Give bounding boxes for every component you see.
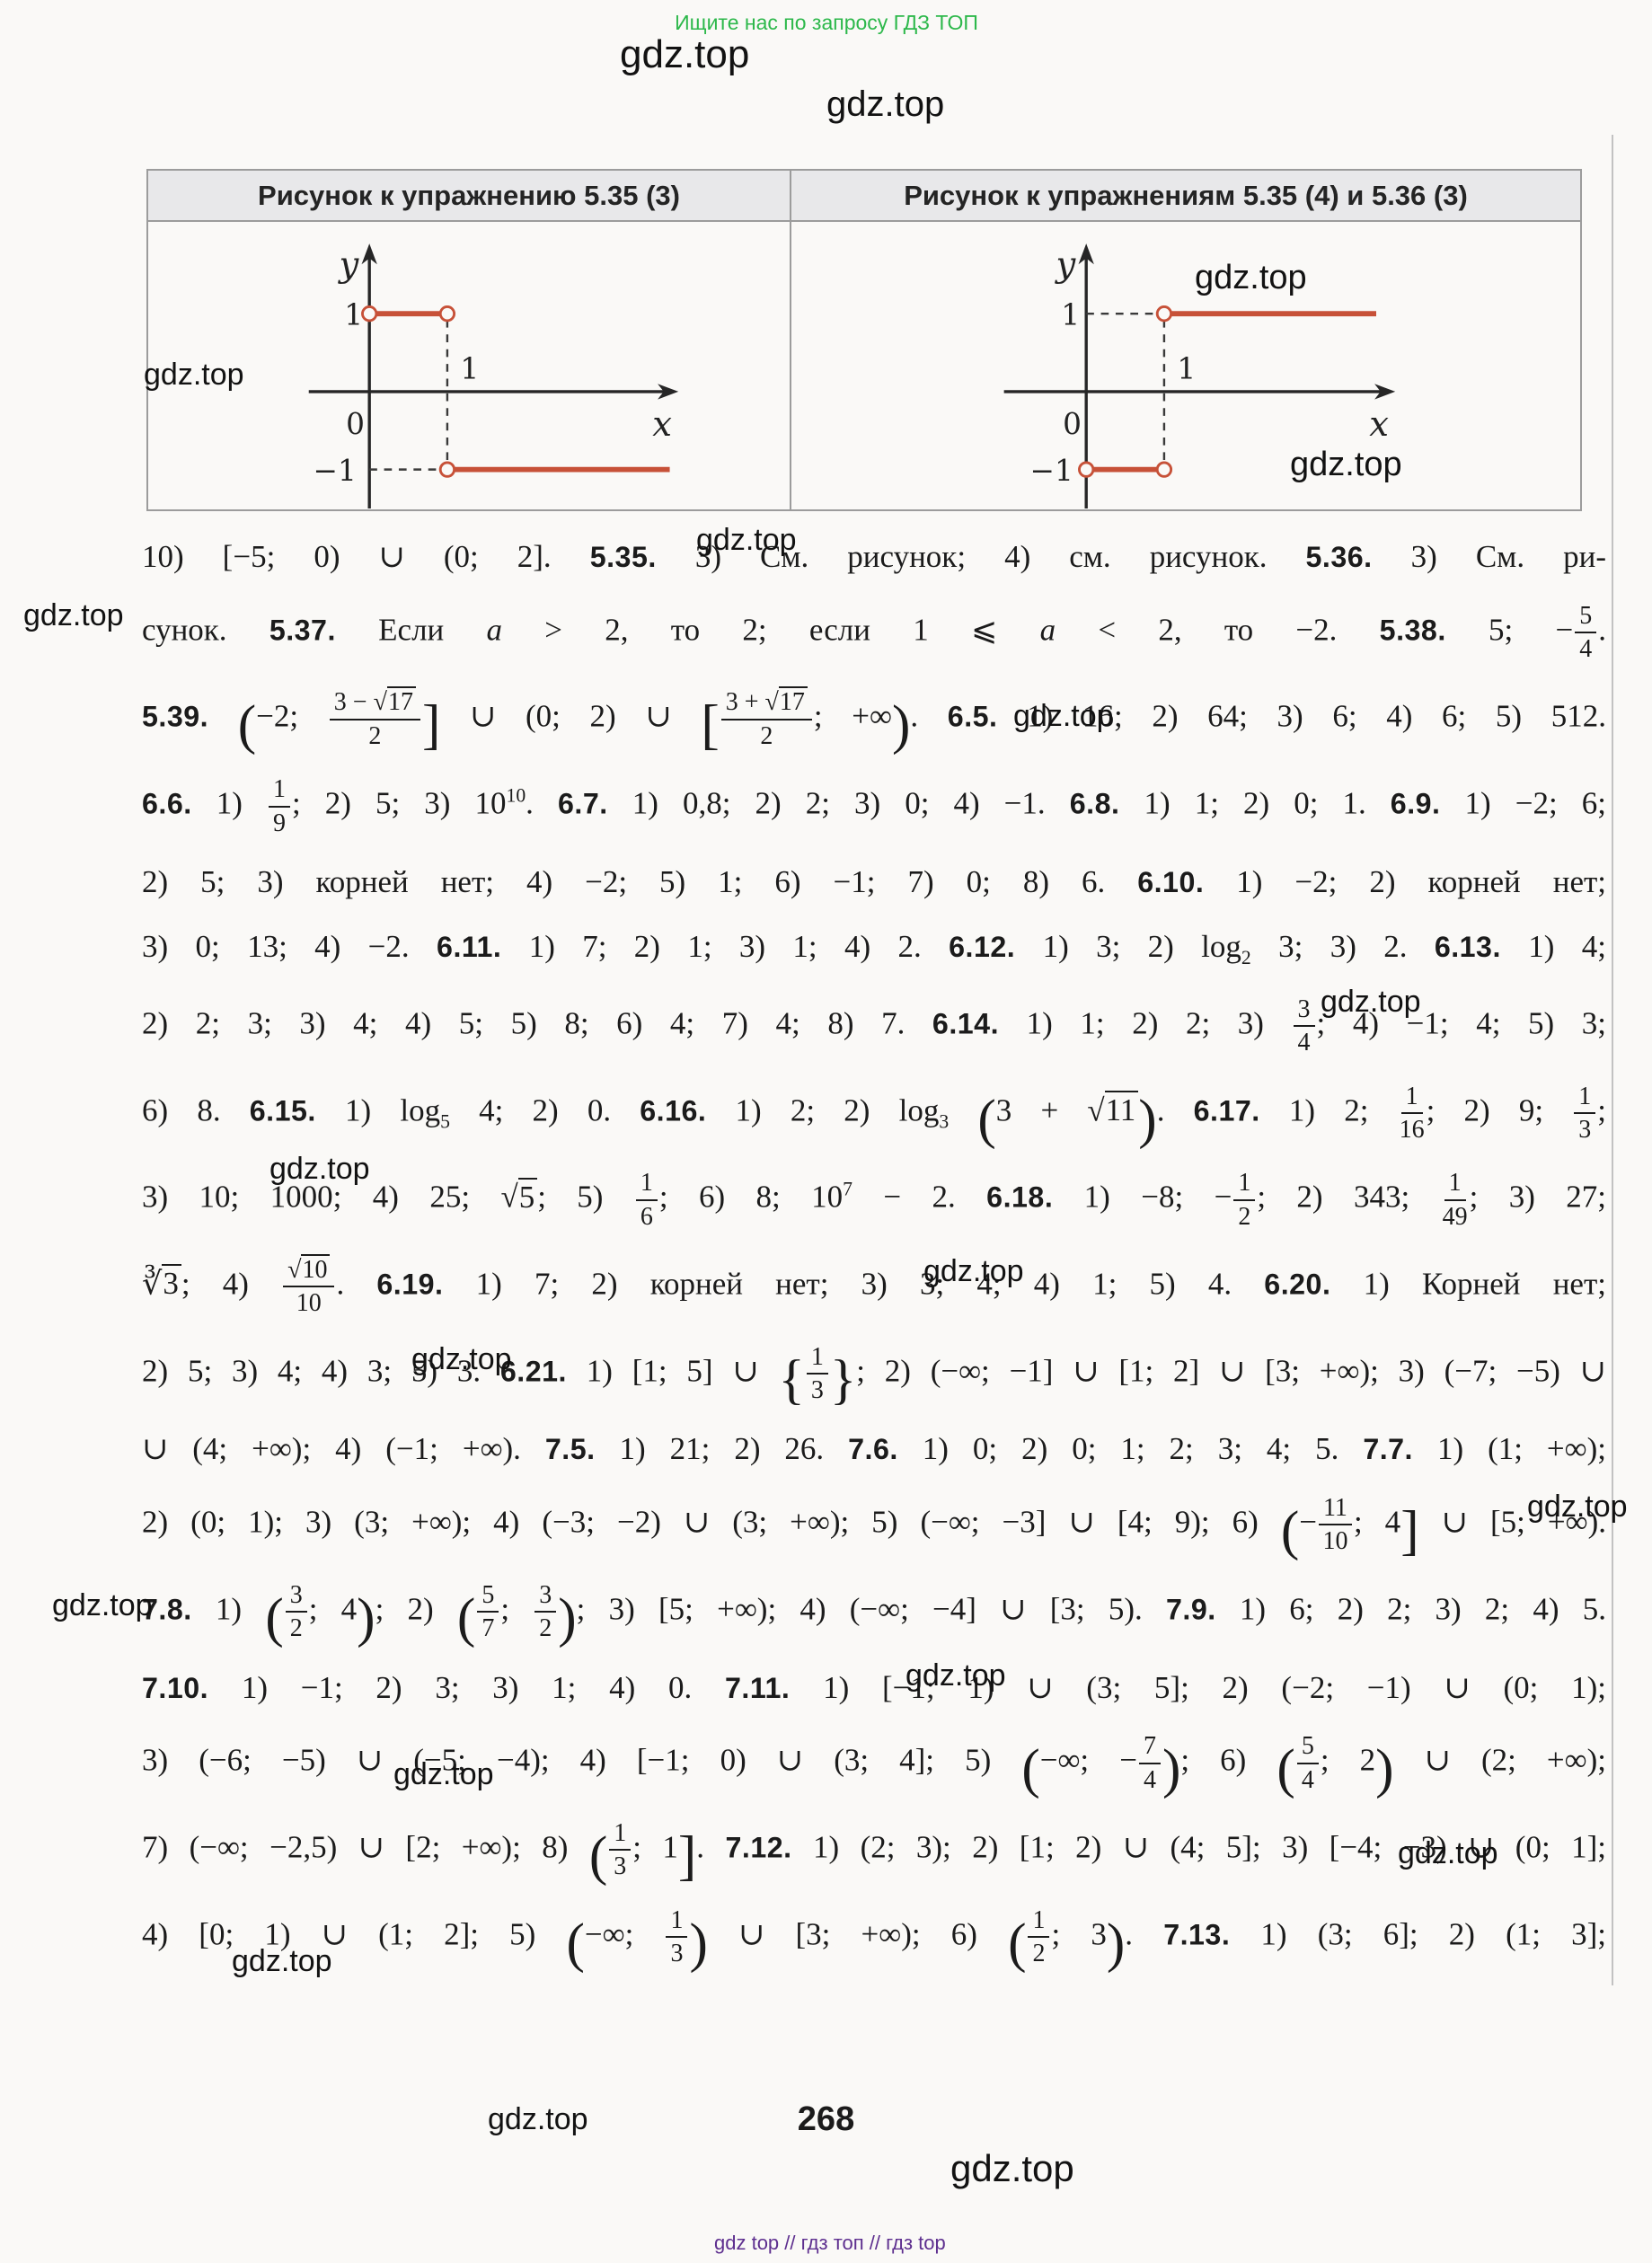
right-graph-y-label: y xyxy=(1054,245,1076,286)
answer-line: 4) [0; 1) ∪ (1; 2]; 5) (−∞; 13) ∪ [3; +∞… xyxy=(142,1906,1606,1968)
left-graph-origin: 0 xyxy=(346,407,365,441)
gdz-watermark: gdz.top xyxy=(23,598,124,633)
right-graph-ytick-neg1: −1 xyxy=(1030,454,1073,488)
gdz-watermark: gdz.top xyxy=(144,358,244,393)
answer-line: сунок. 5.37. Если a > 2, то 2; если 1 ⩽ … xyxy=(142,602,1606,664)
left-graph-svg: y x 0 1 1 −1 xyxy=(217,223,720,508)
answer-line: 10) [−5; 0) ∪ (0; 2]. 5.35. 3) См. рисун… xyxy=(142,537,1606,577)
left-graph-xtick-1: 1 xyxy=(460,351,479,385)
answer-line: 6) 8. 6.15. 1) log5 4; 2) 0. 6.16. 1) 2;… xyxy=(142,1083,1606,1145)
answer-line: 3) 0; 13; 4) −2. 6.11. 1) 7; 2) 1; 3) 1;… xyxy=(142,927,1606,970)
gdz-watermark: gdz.top xyxy=(906,1658,1006,1693)
gdz-watermark: gdz.top xyxy=(1013,699,1114,734)
gdz-watermark: gdz.top xyxy=(1398,1836,1498,1871)
answers-text-block: 10) [−5; 0) ∪ (0; 2]. 5.35. 3) См. рисун… xyxy=(142,537,1606,1993)
gdz-watermark: gdz.top xyxy=(620,32,749,77)
gdz-watermark: gdz.top xyxy=(393,1757,494,1792)
gdz-watermark: gdz.top xyxy=(1195,259,1307,297)
right-graph-ytick-1: 1 xyxy=(1061,298,1080,332)
figure-table-header-left: Рисунок к упражнению 5.35 (3) xyxy=(148,171,791,222)
left-graph-axis-arrows xyxy=(362,243,679,399)
left-graph-x-label: x xyxy=(652,404,672,445)
gdz-watermark: gdz.top xyxy=(950,2147,1074,2190)
gdz-watermark: gdz.top xyxy=(232,1944,332,1979)
gdz-watermark: gdz.top xyxy=(1290,446,1402,484)
answer-line: 6.6. 1) 19; 2) 5; 3) 1010. 6.7. 1) 0,8; … xyxy=(142,775,1606,837)
footer-watermark-text: gdz top // гдз топ // гдз top xyxy=(714,2232,946,2255)
gdz-watermark: gdz.top xyxy=(696,523,797,558)
figure-table-header-right: Рисунок к упражнениям 5.35 (4) и 5.36 (3… xyxy=(791,171,1580,222)
figure-cell-left: y x 0 1 1 −1 xyxy=(148,222,791,509)
answer-line: ∪ (4; +∞); 4) (−1; +∞). 7.5. 1) 21; 2) 2… xyxy=(142,1429,1606,1469)
answer-line: 3) (−6; −5) ∪ (−5; −4); 4) [−1; 0) ∪ (3;… xyxy=(142,1732,1606,1794)
answer-line: 5.39. (−2; 3 − √172] ∪ (0; 2) ∪ [3 + √17… xyxy=(142,688,1606,750)
left-graph-y-label: y xyxy=(337,245,359,286)
right-graph-xtick-1: 1 xyxy=(1177,351,1196,385)
gdz-watermark: gdz.top xyxy=(488,2102,588,2137)
answer-line: 2) (0; 1); 3) (3; +∞); 4) (−3; −2) ∪ (3;… xyxy=(142,1494,1606,1556)
answer-line: 7.10. 1) −1; 2) 3; 3) 1; 4) 0. 7.11. 1) … xyxy=(142,1668,1606,1708)
gdz-watermark: gdz.top xyxy=(52,1588,153,1623)
answer-line: 2) 5; 3) 4; 4) 3; 5) 3. 6.21. 1) [1; 5] … xyxy=(142,1343,1606,1405)
right-graph-dashed-guides xyxy=(1086,314,1164,464)
gdz-watermark: gdz.top xyxy=(826,84,944,125)
right-graph-origin: 0 xyxy=(1063,407,1082,441)
scan-edge-line xyxy=(1612,135,1613,1985)
answer-line: ∛3; 4) √1010. 6.19. 1) 7; 2) корней нет;… xyxy=(142,1256,1606,1318)
gdz-watermark: gdz.top xyxy=(1527,1490,1628,1525)
left-graph-ytick-1: 1 xyxy=(344,298,363,332)
answer-line: 7) (−∞; −2,5) ∪ [2; +∞); 8) (13; 1]. 7.1… xyxy=(142,1819,1606,1881)
gdz-watermark: gdz.top xyxy=(411,1342,512,1377)
figure-cell-right: y x 0 1 1 −1 xyxy=(791,222,1580,509)
scanned-textbook-page: Ищите нас по запросу ГДЗ ТОП Рисунок к у… xyxy=(0,0,1652,2263)
gdz-watermark: gdz.top xyxy=(1321,985,1421,1020)
gdz-watermark: gdz.top xyxy=(923,1254,1024,1289)
answer-line: 7.8. 1) (32; 4); 2) (57; 32); 3) [5; +∞)… xyxy=(142,1581,1606,1643)
gdz-watermark: gdz.top xyxy=(269,1152,370,1187)
left-graph-dashed-guides xyxy=(369,320,447,470)
right-graph-x-label: x xyxy=(1369,404,1389,445)
left-graph-ytick-neg1: −1 xyxy=(314,454,357,488)
top-banner-text: Ищите нас по запросу ГДЗ ТОП xyxy=(675,11,978,35)
answer-line: 2) 5; 3) корней нет; 4) −2; 5) 1; 6) −1;… xyxy=(142,862,1606,902)
page-number: 268 xyxy=(0,2100,1652,2139)
